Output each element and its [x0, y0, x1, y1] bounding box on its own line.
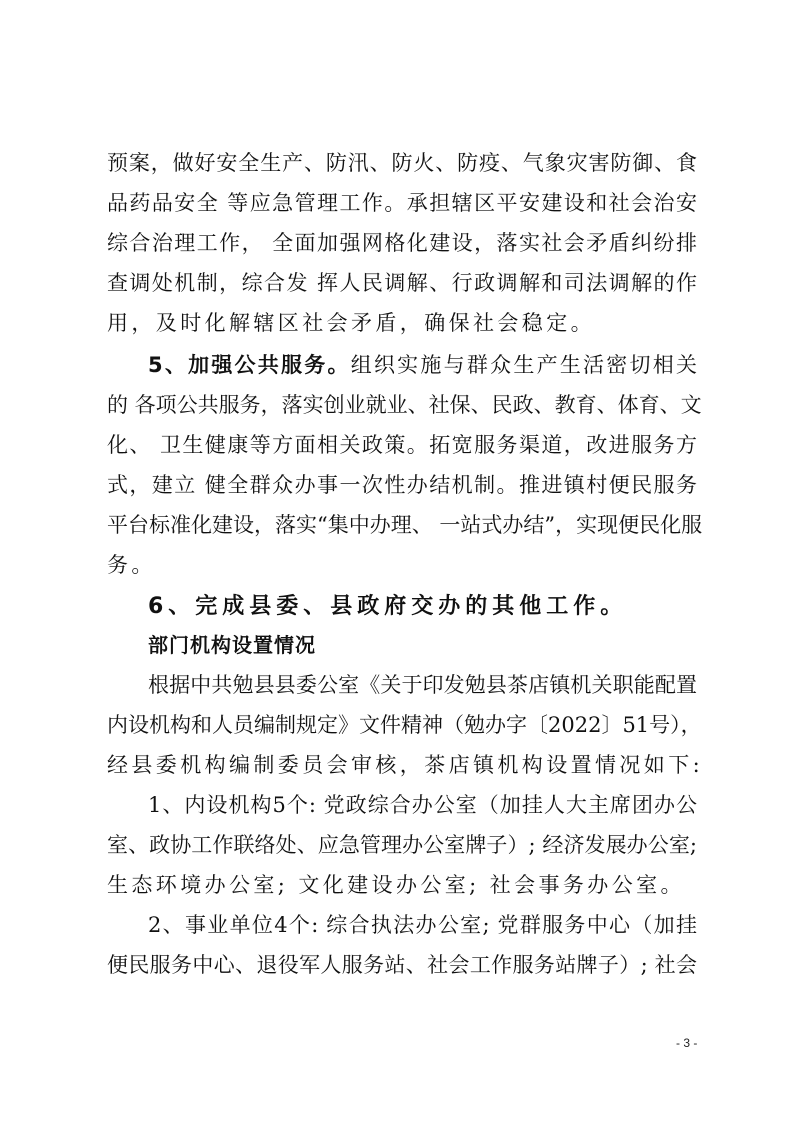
- page-number: - 3 -: [676, 1036, 697, 1050]
- dept-para-line-3: 经县委机构编制委员会审核，茶店镇机构设置情况如下:: [107, 751, 697, 779]
- document-page: 预案，做好安全生产、防汛、防火、防疫、气象灾害防御、食 品药品安全 等应急管理工…: [0, 0, 793, 1122]
- section-6-heading: 6、完成县委、县政府交办的其他工作。: [148, 593, 697, 621]
- body-line-5: 用，及时化解辖区社会矛盾，确保社会稳定。: [107, 309, 697, 337]
- section-5-line-5: 平台标准化建设，落实“集中办理、 一站式办结”，实现便民化服: [107, 511, 697, 539]
- item-1-line-3: 生态环境办公室; 文化建设办公室; 社会事务办公室。: [107, 871, 697, 899]
- section-5-first-line: 5、加强公共服务。组织实施与群众生产生活密切相关: [148, 351, 697, 379]
- body-line-2: 品药品安全 等应急管理工作。承担辖区平安建设和社会治安: [107, 189, 697, 217]
- item-1-line-2: 室、政协工作联络处、应急管理办公室牌子）; 经济发展办公室;: [107, 831, 697, 859]
- item-2-line-1: 2、事业单位4个: 综合执法办公室; 党群服务中心（加挂: [148, 911, 697, 939]
- dept-para-line-1: 根据中共勉县县委公室《关于印发勉县茶店镇机关职能配置: [148, 671, 697, 699]
- dept-heading: 部门机构设置情况: [148, 631, 697, 659]
- section-5-line-4: 式，建立 健全群众办事一次性办结机制。推进镇村便民服务: [107, 471, 697, 499]
- section-5-line-6: 务。: [107, 551, 697, 579]
- dept-para-line-2: 内设机构和人员编制规定》文件精神（勉办字〔2022〕51号），: [107, 711, 697, 739]
- body-line-3: 综合治理工作， 全面加强网格化建设，落实社会矛盾纠纷排: [107, 229, 697, 257]
- body-line-1: 预案，做好安全生产、防汛、防火、防疫、气象灾害防御、食: [107, 149, 697, 177]
- body-line-4: 查调处机制，综合发 挥人民调解、行政调解和司法调解的作: [107, 269, 697, 297]
- section-5-heading: 5、加强公共服务。: [148, 353, 351, 377]
- item-2-line-2: 便民服务中心、退役军人服务站、社会工作服务站牌子）; 社会: [107, 951, 697, 979]
- section-5-line-3: 化、 卫生健康等方面相关政策。拓宽服务渠道，改进服务方: [107, 431, 697, 459]
- item-1-line-1: 1、内设机构5个: 党政综合办公室（加挂人大主席团办公: [148, 791, 697, 819]
- section-5-line-2: 的 各项公共服务，落实创业就业、社保、民政、教育、体育、文: [107, 391, 697, 419]
- section-5-first-line-text: 组织实施与群众生产生活密切相关: [351, 353, 697, 377]
